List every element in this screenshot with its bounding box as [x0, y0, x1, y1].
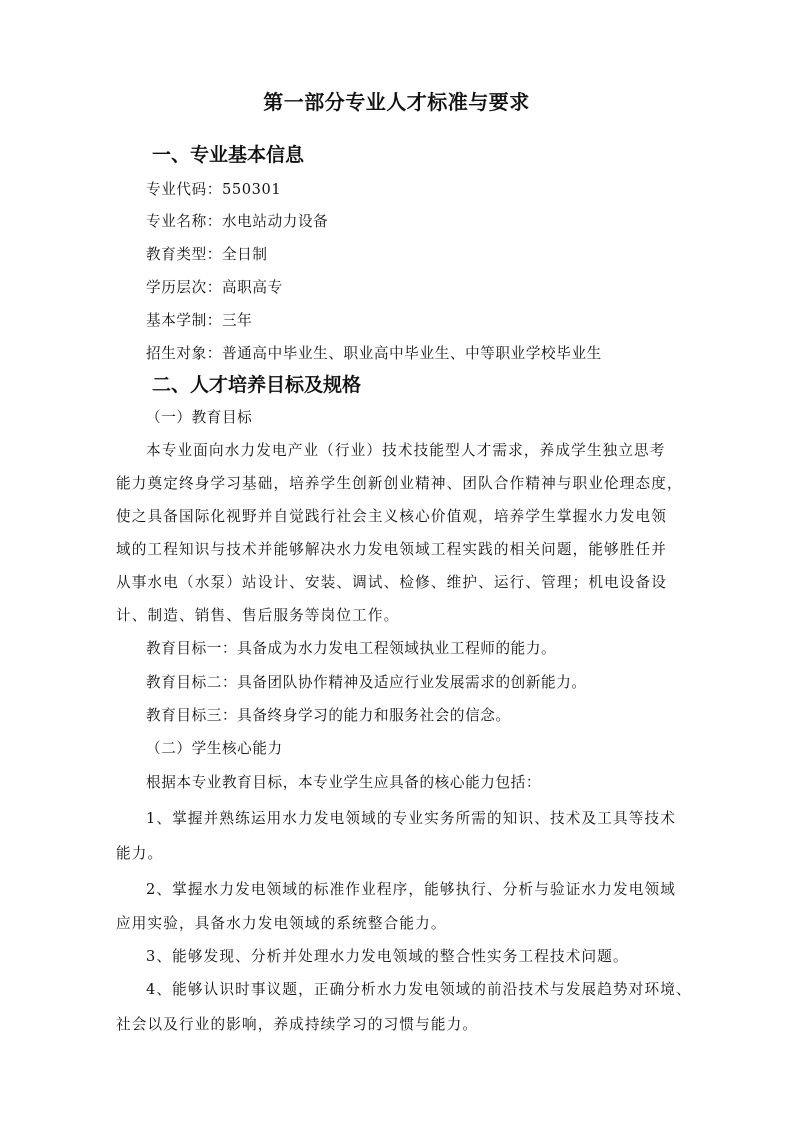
subsection-heading-core-abilities: （二）学生核心能力: [146, 737, 283, 758]
field-education-level: 学历层次：高职高专: [146, 276, 283, 297]
paragraph-line: 2、掌握水力发电领域的标准作业程序，能够执行、分析与验证水力发电领域: [146, 878, 676, 899]
paragraph-line: 1、掌握并熟练运用水力发电领域的专业实务所需的知识、技术及工具等技术: [146, 807, 676, 828]
education-goal-3: 教育目标三：具备终身学习的能力和服务社会的信念。: [146, 704, 511, 725]
paragraph-line: 使之具备国际化视野并自觉践行社会主义核心价值观，培养学生掌握水力发电领: [116, 505, 667, 526]
field-education-type: 教育类型：全日制: [146, 243, 268, 264]
field-duration: 基本学制：三年: [146, 309, 252, 330]
section-heading-training-goals: 二、人才培养目标及规格: [152, 370, 361, 397]
paragraph-line: 本专业面向水力发电产业（行业）技术技能型人才需求，养成学生独立思考: [146, 439, 666, 460]
paragraph-line: 从事水电（水泵）站设计、安装、调试、检修、维护、运行、管理；机电设备设: [116, 571, 667, 592]
field-label: 专业代码：: [146, 181, 222, 198]
field-label: 基本学制：: [146, 312, 222, 329]
section-heading-basic-info: 一、专业基本信息: [152, 140, 304, 167]
paragraph-line: 能力。: [116, 842, 163, 863]
paragraph-line: 4、能够认识时事议题，正确分析水力发电领域的前沿技术与发展趋势对环境、: [146, 978, 692, 999]
field-label: 专业名称：: [146, 213, 222, 230]
paragraph-line: 能力奠定终身学习基础，培养学生创新创业精神、团队合作精神与职业伦理态度，: [116, 472, 683, 493]
field-label: 教育类型：: [146, 246, 222, 263]
field-label: 招生对象：: [146, 345, 222, 362]
subsection-heading-education-goals: （一）教育目标: [146, 406, 252, 427]
field-enrollment-target: 招生对象：普通高中毕业生、职业高中毕业生、中等职业学校毕业生: [146, 342, 602, 363]
paragraph-line: 3、能够发现、分析并处理水力发电领域的整合性实务工程技术问题。: [146, 945, 629, 966]
field-major-code: 专业代码：550301: [146, 178, 281, 199]
field-major-name: 专业名称：水电站动力设备: [146, 210, 328, 231]
field-value: 普通高中毕业生、职业高中毕业生、中等职业学校毕业生: [222, 345, 602, 362]
paragraph-line: 计、制造、销售、售后服务等岗位工作。: [116, 604, 399, 625]
field-value: 550301: [222, 181, 281, 198]
education-goal-2: 教育目标二：具备团队协作精神及适应行业发展需求的创新能力。: [146, 671, 587, 692]
field-value: 水电站动力设备: [222, 213, 328, 230]
paragraph-line: 应用实验，具备水力发电领域的系统整合能力。: [116, 912, 447, 933]
field-value: 全日制: [222, 246, 268, 263]
page-title: 第一部分专业人才标准与要求: [0, 86, 793, 115]
field-label: 学历层次：: [146, 279, 222, 296]
core-abilities-intro: 根据本专业教育目标，本专业学生应具备的核心能力包括：: [146, 771, 541, 792]
education-goal-1: 教育目标一：具备成为水力发电工程领域执业工程师的能力。: [146, 637, 556, 658]
paragraph-line: 社会以及行业的影响，养成持续学习的习惯与能力。: [116, 1013, 478, 1034]
field-value: 高职高专: [222, 279, 283, 296]
paragraph-line: 域的工程知识与技术并能够解决水力发电领域工程实践的相关问题，能够胜任并: [116, 538, 667, 559]
field-value: 三年: [222, 312, 252, 329]
